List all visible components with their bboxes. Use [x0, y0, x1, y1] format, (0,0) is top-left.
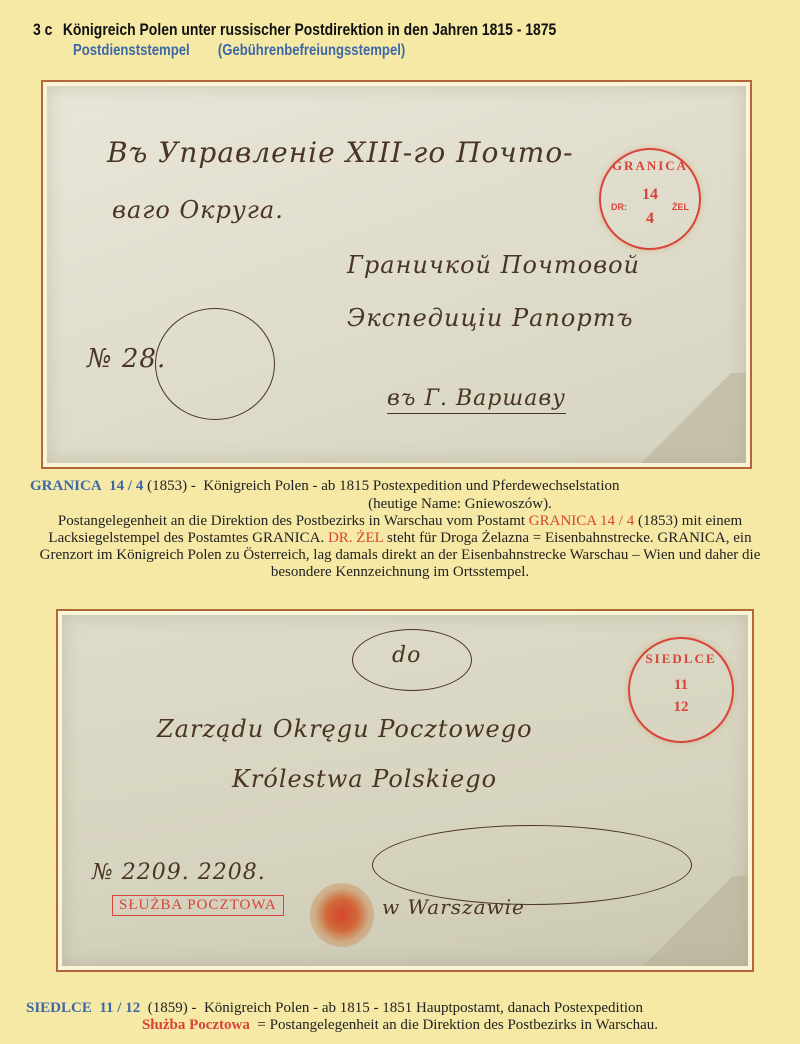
caption-granica-body: (heutige Name: Gniewoszów). Postangelege…	[0, 496, 800, 581]
caption-red-label: Służba Pocztowa	[142, 1017, 250, 1033]
caption-year: (1859) -	[148, 1000, 197, 1016]
letter-frame-granica: Въ Управленіе XIII-го Почто- ваго Округа…	[41, 80, 752, 469]
caption-text: Königreich Polen - ab 1815 Postexpeditio…	[203, 478, 619, 494]
letter-frame-siedlce: do Zarządu Okręgu Pocztowego Królestwa P…	[56, 609, 754, 972]
caption-red-text: GRANICA 14 / 4	[529, 513, 634, 529]
paper-fold	[626, 373, 746, 463]
page-title: 3 c Königreich Polen unter russischer Po…	[33, 20, 640, 40]
handwriting-line: ваго Округа.	[112, 196, 284, 224]
handwriting-line: Въ Управленіе XIII-го Почто-	[107, 136, 574, 169]
postmark-granica: GRANICA 14 4 DR: ŻEL	[599, 148, 701, 250]
caption-line: besondere Kennzeichnung im Ortsstempel.	[0, 564, 800, 581]
subtitle-left: Postdienststempel	[73, 42, 190, 59]
page-header: 3 c Königreich Polen unter russischer Po…	[33, 20, 773, 60]
caption-year: (1853) -	[147, 478, 196, 494]
caption-line: Służba Pocztowa = Postangelegenheit an d…	[0, 1017, 800, 1034]
postmark-siedlce: SIEDLCE 11 12	[628, 637, 734, 743]
postmark-town: SIEDLCE	[630, 651, 732, 667]
caption-text: Lacksiegelstempel des Postamtes GRANICA.	[48, 530, 328, 546]
caption-line: Postangelegenheit an die Direktion des P…	[0, 513, 800, 530]
caption-line: Grenzort im Königreich Polen zu Österrei…	[0, 547, 800, 564]
caption-place: GRANICA	[30, 478, 102, 494]
sluzba-pocztowa-stamp: SŁUŻBA POCZTOWA	[112, 895, 284, 916]
caption-text: = Postangelegenheit an die Direktion des…	[257, 1017, 658, 1033]
caption-siedlce: SIEDLCE 11 / 12 (1859) - Königreich Pole…	[0, 1000, 800, 1034]
handwriting-line: do	[392, 643, 421, 668]
number-oval	[155, 308, 275, 420]
caption-granica-line1: GRANICA 14 / 4 (1853) - Königreich Polen…	[0, 478, 800, 495]
title-text: Königreich Polen unter russischer Postdi…	[63, 20, 556, 39]
postmark-right: ŻEL	[672, 202, 689, 212]
section-number: 3 c	[33, 20, 52, 39]
caption-text: (1853) mit einem	[634, 513, 742, 529]
letter-image-siedlce: do Zarządu Okręgu Pocztowego Królestwa P…	[62, 615, 748, 966]
caption-text: Postangelegenheit an die Direktion des P…	[58, 513, 529, 529]
letter-number: № 28.	[87, 344, 166, 374]
postmark-month: 4	[601, 210, 699, 228]
caption-place: SIEDLCE	[26, 1000, 92, 1016]
caption-red-text: DR. ŻEL	[328, 530, 383, 546]
postmark-left: DR:	[611, 202, 627, 212]
caption-text: steht für Droga Żelazna = Eisenbahnstrec…	[383, 530, 751, 546]
letter-image-granica: Въ Управленіе XIII-го Почто- ваго Округа…	[47, 86, 746, 463]
handwriting-line: Граничкой Почтовой	[347, 251, 640, 279]
caption-date: 11 / 12	[99, 1000, 140, 1016]
letter-number: № 2209. 2208.	[92, 860, 266, 885]
handwriting-line: Экспедиціи Рапортъ	[347, 304, 633, 332]
caption-line: Lacksiegelstempel des Postamtes GRANICA.…	[0, 530, 800, 547]
caption-text: Königreich Polen - ab 1815 - 1851 Hauptp…	[204, 1000, 643, 1016]
postmark-town: GRANICA	[601, 158, 699, 174]
postmark-day: 11	[630, 677, 732, 694]
caption-date: 14 / 4	[109, 478, 143, 494]
wax-seal	[310, 883, 374, 947]
postmark-month: 12	[630, 699, 732, 716]
caption-line: SIEDLCE 11 / 12 (1859) - Königreich Pole…	[0, 1000, 800, 1017]
handwriting-line: въ Г. Варшаву	[387, 386, 566, 414]
handwriting-line: Królestwa Polskiego	[232, 765, 497, 793]
flourish	[372, 825, 692, 905]
handwriting-line: Zarządu Okręgu Pocztowego	[157, 715, 533, 743]
subtitle-right: (Gebührenbefreiungsstempel)	[218, 42, 405, 59]
caption-line: (heutige Name: Gniewoszów).	[0, 496, 800, 513]
page-subtitle: Postdienststempel (Gebührenbefreiungsste…	[73, 42, 647, 60]
